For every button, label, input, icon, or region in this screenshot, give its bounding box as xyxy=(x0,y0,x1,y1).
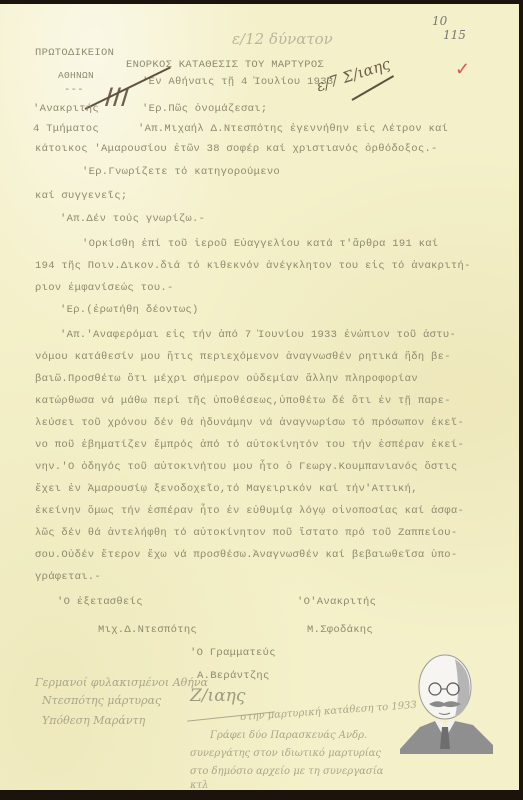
answer-line: 'Απ.Δέν τούς γνωρίζω.- xyxy=(60,213,205,225)
witness-name: Μιχ.Δ.Ντεσπότης xyxy=(98,624,197,636)
court-divider: --- xyxy=(64,84,84,96)
witness-label: 'Ο ἐξετασθείς xyxy=(57,596,143,608)
page-number-top: 10 xyxy=(432,14,447,28)
handwritten-note-left: Υπόθεση Μαράντη xyxy=(42,714,145,727)
body-line: 'Απ.Μιχαήλ Δ.Ντεσπότης ἐγεννήθην εἰς Λέτ… xyxy=(138,123,448,135)
handwritten-note-bottom: στο δημόσιο αρχείο με τη συνεργασία xyxy=(190,766,383,777)
handwritten-note-bottom: κτλ xyxy=(190,780,208,790)
question-line: 'Ερ.Γνωρίζετε τό κατηγορούμενο xyxy=(82,166,280,178)
judge-name: Μ.Σφοδάκης xyxy=(307,624,373,636)
body-line: νόμου κατάθεσίν μου ἥτις περιεχόμενον ἀν… xyxy=(35,351,451,363)
handwritten-signature: Ζ/ιαης xyxy=(190,686,245,706)
body-line: λῶς δέν θά ἀντελήφθη τό αὐτοκίνητον ποῦ … xyxy=(35,527,457,539)
margin-role: 'Ανακριτής xyxy=(33,103,99,115)
margin-unit: 4 Τμήματος xyxy=(33,123,99,135)
body-line: 'Ορκίσθη ἐπί τοῦ ἱεροῦ Εὐαγγελίου κατά τ… xyxy=(82,238,438,250)
body-line: γράφεται.- xyxy=(35,571,101,583)
question-line: 'Ερ.(ἐρωτήθη δέοντως) xyxy=(60,304,199,316)
date-line: 'Εν Αθήναις τῇ 4 Ἰουλίου 1933 xyxy=(142,76,333,88)
handwritten-note-bottom: στην μαρτυρική κατάθεση το 1933 xyxy=(240,700,417,723)
portrait-illustration xyxy=(395,649,495,754)
judge-label: 'Ο'Ανακριτής xyxy=(297,596,376,608)
body-line: λεύσει τοῦ χρόνου δέν θά ἠδυνάμην νά ἀνα… xyxy=(35,417,464,429)
body-line: ριον ἐμφανίσεώς του.- xyxy=(35,282,174,294)
body-line: κάτοικος 'Αμαρουσίου ἐτῶν 38 σοφέρ καί χ… xyxy=(35,143,438,155)
handwritten-note-bottom: Γράφει δύο Παρασκευάς Ανδρ. xyxy=(210,730,367,741)
clerk-label: 'Ο Γραμματεύς xyxy=(190,647,276,659)
document-title: ΕΝΟΡΚΟΣ ΚΑΤΑΘΕΣΙΣ ΤΟΥ ΜΑΡΤΥΡΟΣ xyxy=(126,59,324,71)
handwritten-initials-top: ε/7 Σ/ιαης xyxy=(314,55,392,96)
body-line: κατώρθωσα νά μάθω περί τῆς ὑποθέσεως,ὑπο… xyxy=(35,395,451,407)
scanned-document-page: 10 115 ε/12 δύνατον ✓ ΠΡΩΤΟΔΙΚΕΙΟΝ ΑΘΗΝΩ… xyxy=(0,4,519,790)
handwritten-note-left: Γερμανοί φυλακισμένοι Αθήνα xyxy=(35,676,208,689)
body-line: σου.Οὐδέν ἕτερον ἔχω νά προσθέσω.Ἀναγνωσ… xyxy=(35,549,457,561)
page-number-bottom: 115 xyxy=(443,28,466,42)
body-line: ἐκείνην ὅμως τήν ἑσπέραν ἦτο ἐν εὐθυμίᾳ … xyxy=(35,505,464,517)
court-name: ΠΡΩΤΟΔΙΚΕΙΟΝ xyxy=(35,47,114,59)
body-line: ἔχει ἐν Ἀμαρουσίῳ ξενοδοχεῖο,τό Μαγειρικ… xyxy=(35,483,418,495)
body-line: καί συγγενεῖς; xyxy=(35,190,127,202)
handwritten-note-left: Ντεσπότης μάρτυρας xyxy=(42,694,161,707)
body-line: βαιῶ.Προσθέτω ὅτι μέχρι σήμερον οὐδεμίαν… xyxy=(35,373,418,385)
body-line: νο ποῦ ἐβηματίζεν ἔμπρός ἀπό τό αὐτοκίνη… xyxy=(35,439,464,451)
handwritten-note-bottom: συνεργάτης στον ιδιωτικό μαρτυρίας xyxy=(190,748,381,759)
question-line: 'Ερ.Πῶς ὀνομάζεσαι; xyxy=(142,103,267,115)
pencil-note-top: ε/12 δύνατον xyxy=(232,30,333,48)
body-line: νην.'Ο ὁδηγός τοῦ αὐτοκινήτου μου ἦτο ὁ … xyxy=(35,461,457,473)
body-line: 'Απ.'Αναφερόμαι εἰς τήν ἀπό 7 Ἰουνίου 19… xyxy=(60,329,456,341)
court-city: ΑΘΗΝΩΝ xyxy=(58,70,94,81)
body-line: 194 τῆς Ποιν.Δικον.διά τό κιθεκνόν ἀνέγκ… xyxy=(35,260,471,272)
red-check-mark-icon: ✓ xyxy=(455,59,470,80)
